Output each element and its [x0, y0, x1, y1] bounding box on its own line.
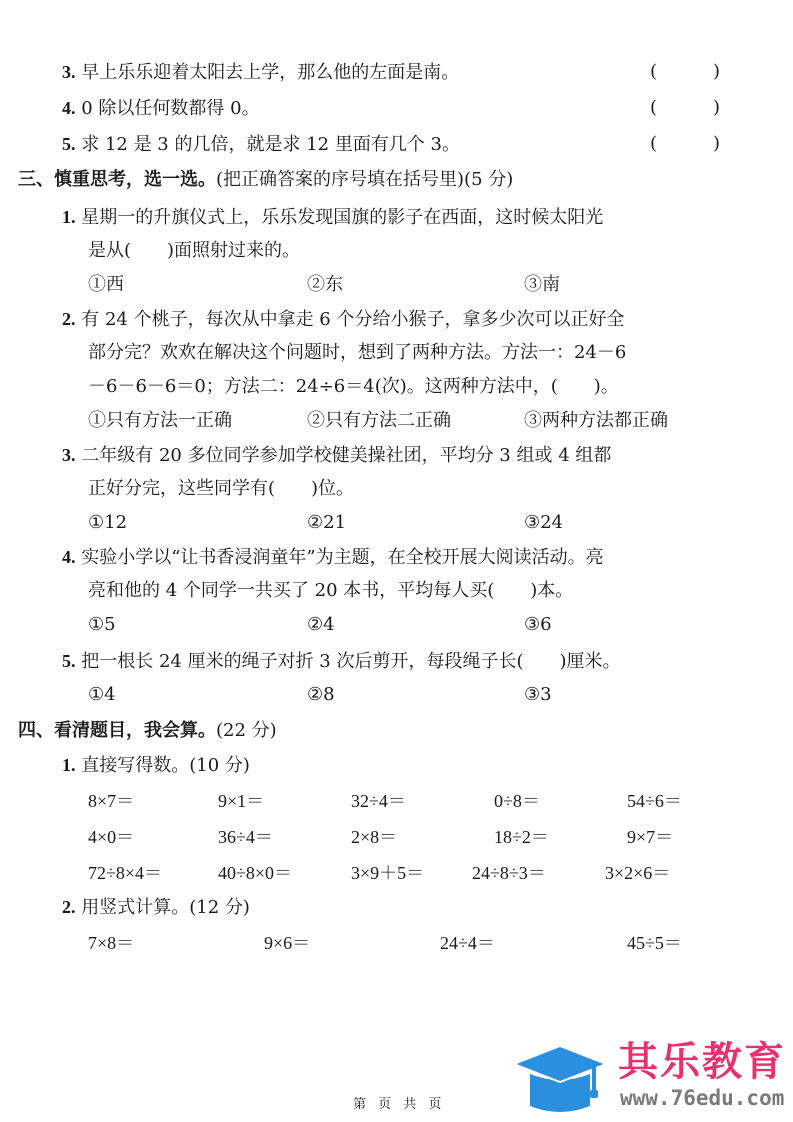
question-line: 部分完？欢欢在解决这个问题时，想到了两种方法。方法一：24－6	[88, 341, 626, 365]
question-line: －6－6－6＝0；方法二：24÷6＝4(次)。这两种方法中，( )。	[88, 375, 619, 399]
option-2[interactable]: ②8	[307, 683, 335, 707]
option-2[interactable]: ②21	[307, 511, 346, 535]
option-1[interactable]: ①只有方法一正确	[88, 409, 232, 433]
calc-item[interactable]: 24÷8÷3＝	[472, 861, 546, 885]
brand-logo[interactable]: 其乐教育 www.76edu.com	[510, 1038, 793, 1118]
choice-question-2: 2. 有 24 个桃子，每次从中拿走 6 个分给小猴子，拿多少次可以正好全	[62, 307, 624, 332]
calc-item[interactable]: 54÷6＝	[627, 789, 682, 813]
calc-item[interactable]: 9×1＝	[218, 789, 264, 813]
answer-paren[interactable]: ()	[650, 96, 720, 120]
option-3[interactable]: ③南	[524, 273, 560, 297]
option-1[interactable]: ①5	[88, 613, 116, 637]
vertical-calc-item[interactable]: 24÷4＝	[440, 931, 495, 955]
judge-item-4: 4. 0 除以任何数都得 0。	[62, 96, 260, 121]
brand-name: 其乐教育	[618, 1038, 786, 1086]
calc-item[interactable]: 3×2×6＝	[605, 861, 670, 885]
option-1[interactable]: ①4	[88, 683, 116, 707]
calc-item[interactable]: 4×0＝	[88, 825, 134, 849]
option-2[interactable]: ②4	[307, 613, 335, 637]
answer-paren[interactable]: ()	[650, 132, 720, 156]
calc-item[interactable]: 0÷8＝	[494, 789, 540, 813]
brand-url[interactable]: www.76edu.com	[620, 1086, 784, 1110]
vertical-calc-item[interactable]: 45÷5＝	[627, 931, 682, 955]
vertical-calc-item[interactable]: 9×6＝	[264, 931, 310, 955]
choice-question-5: 5. 把一根长 24 厘米的绳子对折 3 次后剪开，每段绳子长( )厘米。	[62, 649, 621, 674]
calc-item[interactable]: 36÷4＝	[218, 825, 273, 849]
option-3[interactable]: ③两种方法都正确	[524, 409, 668, 433]
part-2-heading: 2. 用竖式计算。(12 分)	[62, 895, 250, 920]
calc-item[interactable]: 9×7＝	[627, 825, 673, 849]
option-1[interactable]: ①12	[88, 511, 127, 535]
choice-question-3: 3. 二年级有 20 多位同学参加学校健美操社团，平均分 3 组或 4 组都	[62, 443, 611, 468]
question-line: 正好分完，这些同学有( )位。	[88, 477, 354, 501]
question-line: 亮和他的 4 个同学一共买了 20 本书，平均每人买( )本。	[88, 579, 573, 603]
option-2[interactable]: ②只有方法二正确	[307, 409, 451, 433]
calc-item[interactable]: 40÷8×0＝	[218, 861, 292, 885]
vertical-calc-item[interactable]: 7×8＝	[88, 931, 134, 955]
calc-item[interactable]: 32÷4＝	[351, 789, 406, 813]
section-4-heading: 四、看清题目，我会算。(22 分)	[18, 719, 277, 743]
judge-item-3: 3. 早上乐乐迎着太阳去上学，那么他的左面是南。	[62, 60, 459, 85]
choice-question-1: 1. 星期一的升旗仪式上，乐乐发现国旗的影子在西面，这时候太阳光	[62, 205, 603, 230]
calc-item[interactable]: 8×7＝	[88, 789, 134, 813]
calc-item[interactable]: 72÷8×4＝	[88, 861, 162, 885]
part-1-heading: 1. 直接写得数。(10 分)	[62, 753, 250, 778]
option-3[interactable]: ③24	[524, 511, 563, 535]
page-number: 第 页 共 页	[353, 1093, 445, 1112]
calc-item[interactable]: 3×9＋5＝	[351, 861, 424, 885]
question-line: 是从( )面照射过来的。	[88, 239, 300, 263]
section-3-heading: 三、慎重思考，选一选。(把正确答案的序号填在括号里)(5 分)	[18, 168, 513, 192]
calc-item[interactable]: 2×8＝	[351, 825, 397, 849]
choice-question-4: 4. 实验小学以“让书香浸润童年”为主题，在全校开展大阅读活动。亮	[62, 545, 604, 570]
option-2[interactable]: ②东	[307, 273, 343, 297]
judge-item-5: 5. 求 12 是 3 的几倍，就是求 12 里面有几个 3。	[62, 132, 460, 157]
calc-item[interactable]: 18÷2＝	[494, 825, 549, 849]
option-1[interactable]: ①西	[88, 273, 124, 297]
option-3[interactable]: ③6	[524, 613, 552, 637]
answer-paren[interactable]: ()	[650, 60, 720, 84]
graduation-cap-icon	[510, 1038, 610, 1116]
option-3[interactable]: ③3	[524, 683, 552, 707]
